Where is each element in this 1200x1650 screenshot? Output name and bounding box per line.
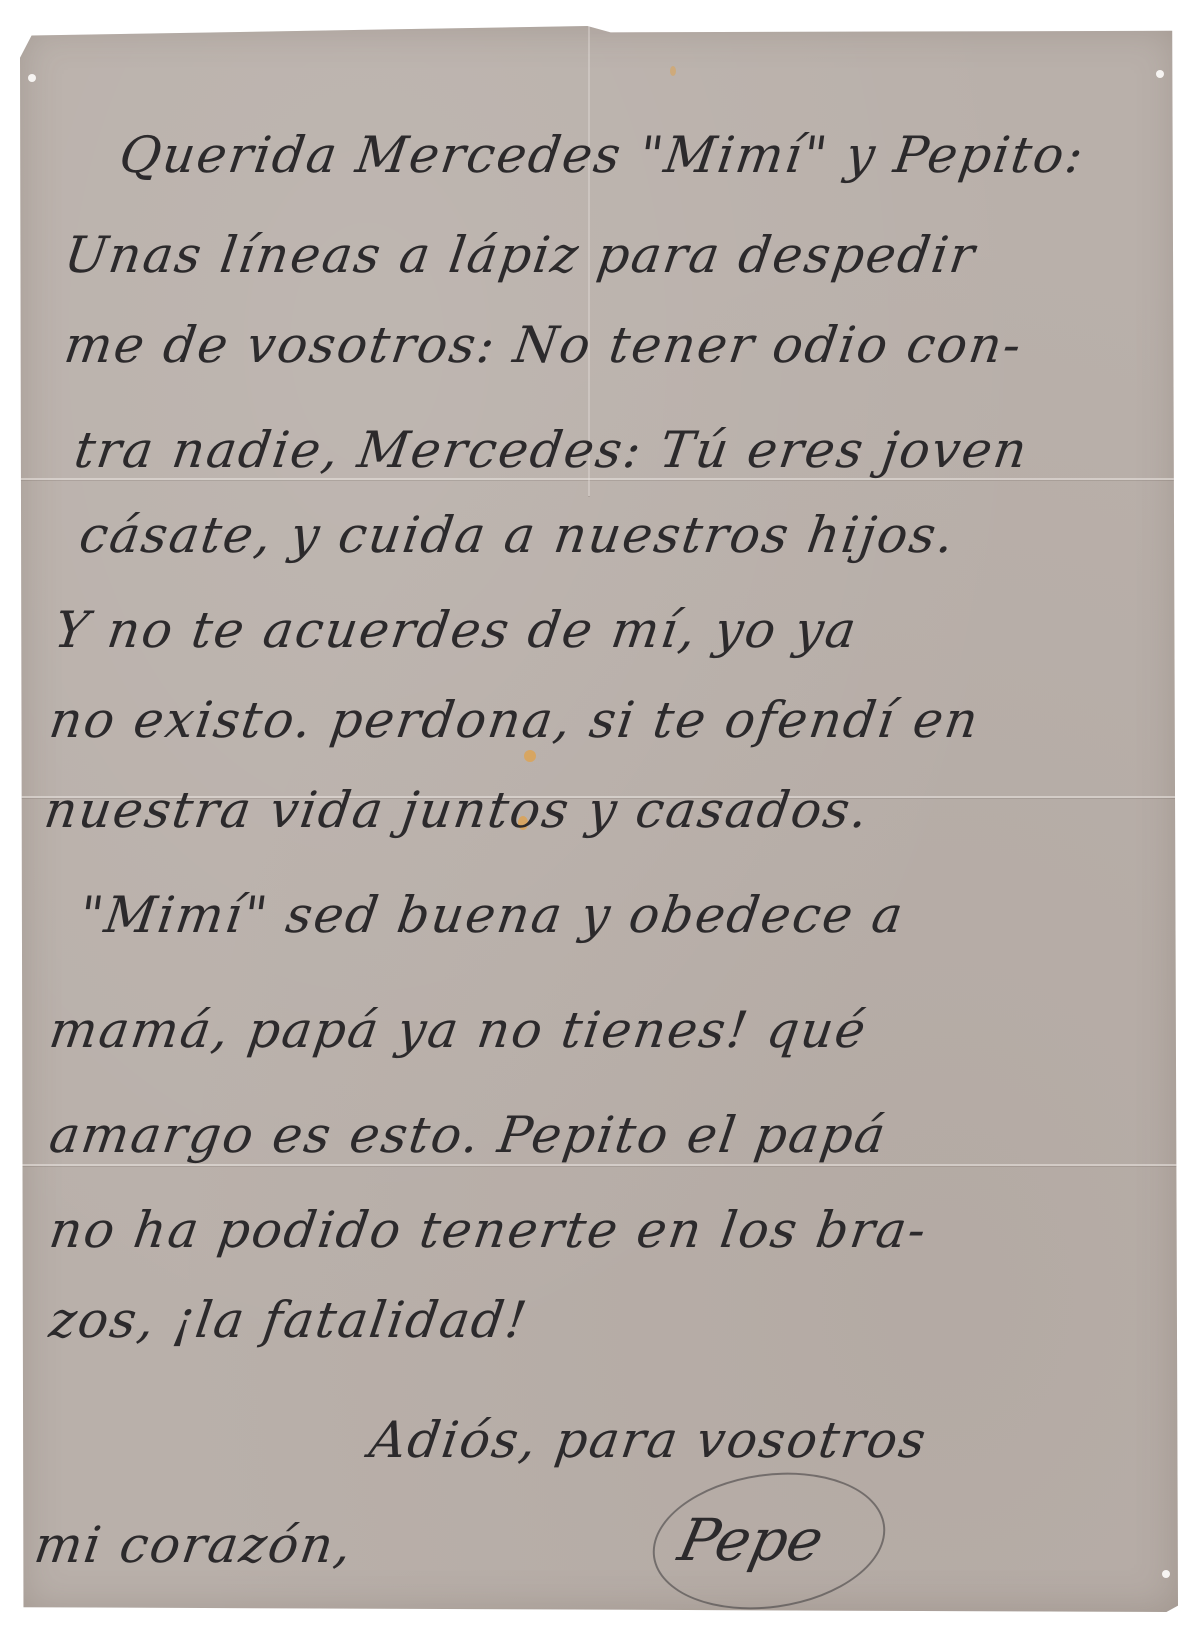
signature: Pepe [673, 1506, 830, 1574]
letter-line: no ha podido tenerte en los bra- [46, 1201, 931, 1259]
letter-line: Unas líneas a lápiz para despedir [61, 226, 980, 284]
letter-line: amargo es esto. Pepito el papá [46, 1106, 891, 1164]
letter-line: no existo. perdona, si te ofendí en [46, 691, 984, 749]
letter-line: mamá, papá ya no tienes! qué [46, 1001, 871, 1059]
letter-line: me de vosotros: No tener odio con- [61, 316, 1026, 374]
letter-body: Querida Mercedes "Mimí" y Pepito: Unas l… [20, 26, 1178, 1612]
letter-line: "Mimí" sed buena y obedece a [76, 886, 908, 944]
letter-closing: mi corazón, [31, 1516, 357, 1574]
letter-line: cásate, y cuida a nuestros hijos. [76, 506, 959, 564]
letter-line: nuestra vida juntos y casados. [41, 781, 873, 839]
letter-paper: Querida Mercedes "Mimí" y Pepito: Unas l… [20, 26, 1178, 1612]
letter-closing: Adiós, para vosotros [366, 1411, 931, 1469]
letter-line: zos, ¡la fatalidad! [46, 1291, 532, 1349]
letter-line: tra nadie, Mercedes: Tú eres joven [71, 421, 1032, 479]
letter-line: Querida Mercedes "Mimí" y Pepito: [116, 126, 1089, 184]
letter-line: Y no te acuerdes de mí, yo ya [51, 601, 861, 659]
